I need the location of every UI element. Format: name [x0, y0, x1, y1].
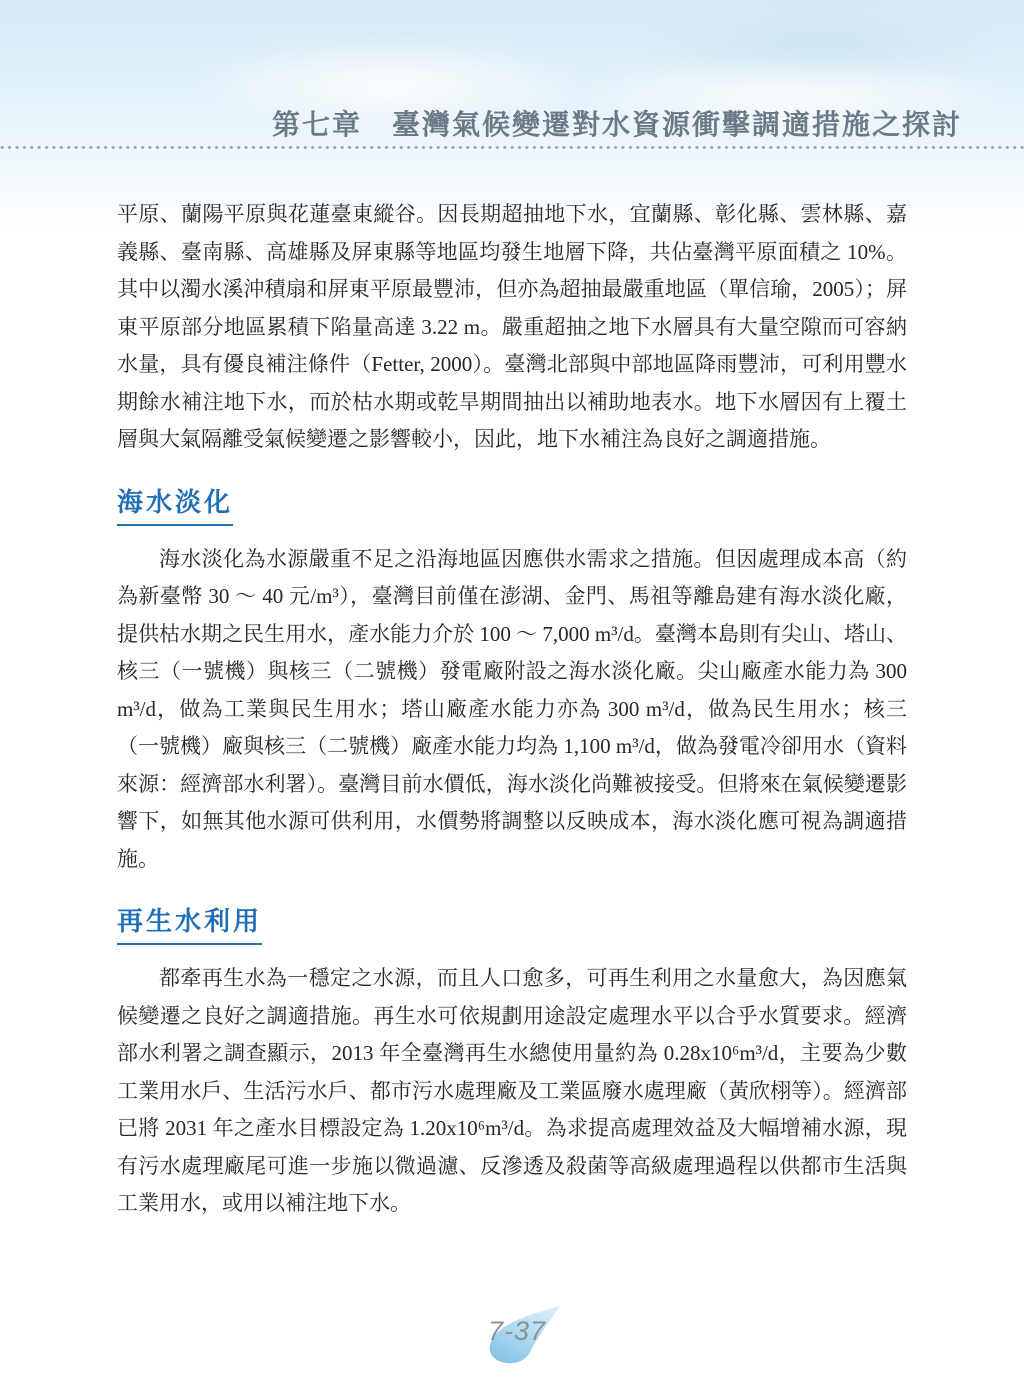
section-heading-desalination: 海水淡化 [117, 482, 233, 526]
paragraph-reclaimed-water: 都牽再生水為一穩定之水源，而且人口愈多，可再生利用之水量愈大，為因應氣候變遷之良… [117, 960, 907, 1223]
main-content: 平原、蘭陽平原與花蓮臺東縱谷。因長期超抽地下水，宜蘭縣、彰化縣、雲林縣、嘉義縣、… [117, 196, 907, 1223]
paragraph-groundwater: 平原、蘭陽平原與花蓮臺東縱谷。因長期超抽地下水，宜蘭縣、彰化縣、雲林縣、嘉義縣、… [117, 196, 907, 459]
cloud-shape [640, 10, 1000, 80]
section-heading-wrap: 海水淡化 [117, 482, 907, 526]
page-footer: 7-37 [0, 1298, 1024, 1368]
paragraph-desalination: 海水淡化為水源嚴重不足之沿海地區因應供水需求之措施。但因處理成本高（約為新臺幣 … [117, 541, 907, 879]
section-heading-wrap: 再生水利用 [117, 901, 907, 945]
chapter-title: 第七章 臺灣氣候變遷對水資源衝擊調適措施之探討 [0, 103, 962, 143]
section-heading-reclaimed-water: 再生水利用 [117, 901, 262, 945]
dotted-divider [0, 145, 1024, 150]
page-number: 7-37 [488, 1316, 568, 1347]
document-page: 第七章 臺灣氣候變遷對水資源衝擊調適措施之探討 平原、蘭陽平原與花蓮臺東縱谷。因… [0, 0, 1024, 1400]
